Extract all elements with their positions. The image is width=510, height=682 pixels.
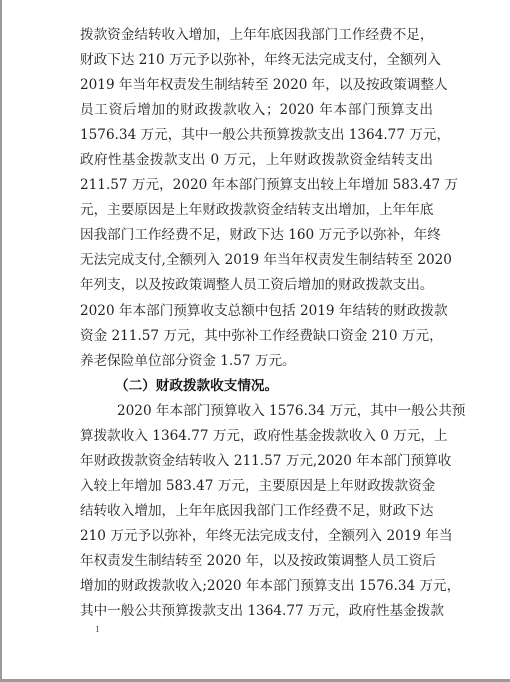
- text-line: 年列支，以及按政策调整人员工资后增加的财政拨款支出。: [80, 273, 433, 298]
- text-line: 入较上年增加 583.47 万元，主要原因是上年财政拨款资金: [80, 474, 433, 499]
- text-line: 养老保险单位部分资金 1.57 万元。: [80, 349, 433, 374]
- text-line: 年财政拨款资金结转收入 211.57 万元,2020 年本部门预算收: [80, 449, 433, 474]
- text-line: 1576.34 万元，其中一般公共预算拨款支出 1364.77 万元，: [80, 123, 433, 148]
- page-number: 1: [95, 624, 100, 634]
- text-line: 其中一般公共预算拨款支出 1364.77 万元，政府性基金拨款: [80, 599, 433, 624]
- text-line: 年权责发生制结转至 2020 年，以及按政策调整人员工资后: [80, 549, 433, 574]
- section-heading: （二）财政拨款收支情况。: [80, 374, 433, 399]
- text-line: 因我部门工作经费不足，财政下达 160 万元予以弥补，年终: [80, 223, 433, 248]
- text-line: 元，主要原因是上年财政拨款资金结转支出增加，上年年底: [80, 198, 433, 223]
- text-line: 2020 年本部门预算收入 1576.34 万元，其中一般公共预: [80, 399, 433, 424]
- text-line: 资金 211.57 万元，其中弥补工作经费缺口资金 210 万元，: [80, 324, 433, 349]
- text-line: 2019 年当年权责发生制结转至 2020 年，以及按政策调整人: [80, 73, 433, 98]
- text-line: 结转收入增加，上年年底因我部门工作经费不足，财政下达: [80, 499, 433, 524]
- text-line: 无法完成支付,全额列入 2019 年当年权责发生制结转至 2020: [80, 248, 433, 273]
- text-line: 算拨款收入 1364.77 万元，政府性基金拨款收入 0 万元，上: [80, 424, 433, 449]
- document-page: 拨款资金结转收入增加，上年年底因我部门工作经费不足， 财政下达 210 万元予以…: [0, 0, 510, 682]
- text-line: 政府性基金拨款支出 0 万元，上年财政拨款资金结转支出: [80, 148, 433, 173]
- document-body: 拨款资金结转收入增加，上年年底因我部门工作经费不足， 财政下达 210 万元予以…: [80, 23, 433, 624]
- text-line: 210 万元予以弥补，年终无法完成支付，全额列入 2019 年当: [80, 524, 433, 549]
- text-line: 拨款资金结转收入增加，上年年底因我部门工作经费不足，: [80, 23, 433, 48]
- text-line: 2020 年本部门预算收支总额中包括 2019 年结转的财政拨款: [80, 299, 433, 324]
- text-line: 员工资后增加的财政拨款收入；2020 年本部门预算支出: [80, 98, 433, 123]
- text-line: 211.57 万元，2020 年本部门预算支出较上年增加 583.47 万: [80, 173, 433, 198]
- text-line: 财政下达 210 万元予以弥补，年终无法完成支付，全额列入: [80, 48, 433, 73]
- text-line: 增加的财政拨款收入;2020 年本部门预算支出 1576.34 万元，: [80, 574, 433, 599]
